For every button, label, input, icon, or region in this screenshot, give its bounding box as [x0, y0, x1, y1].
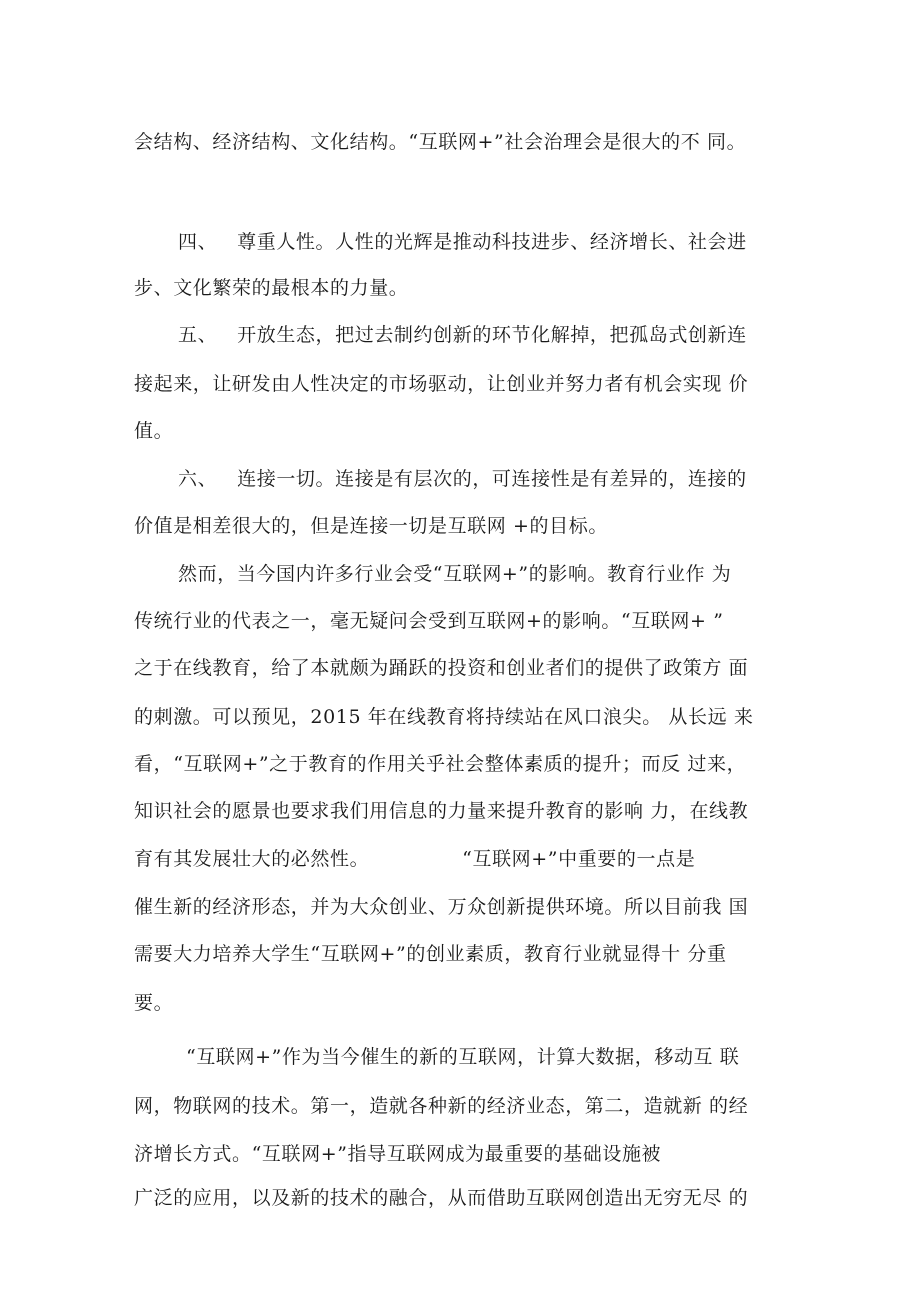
text-line: 之于在线教育，给了本就颇为踊跃的投资和创业者们的提供了政策方 面	[134, 656, 748, 680]
text-line: 价值是相差很大的，但是连接一切是互联网 +的目标。	[134, 514, 608, 538]
document-page: 会结构、经济结构、文化结构。“互联网+”社会治理会是很大的不 同。 四、 尊重人…	[0, 0, 920, 1303]
text-line: 济增长方式。“互联网+”指导互联网成为最重要的基础设施被	[134, 1142, 661, 1166]
text-line: 会结构、经济结构、文化结构。“互联网+”社会治理会是很大的不 同。	[134, 130, 746, 154]
text-line: 值。	[134, 419, 173, 443]
text-line: 催生新的经济形态，并为大众创业、万众创新提供环境。所以目前我 国	[134, 895, 748, 919]
text-line: 四、 尊重人性。人性的光辉是推动科技进步、经济增长、社会进	[178, 230, 747, 254]
text-line: 的刺激。可以预见，2015 年在线教育将持续站在风口浪尖。 从长远 来	[134, 705, 753, 729]
text-line: 五、 开放生态，把过去制约创新的环节化解掉，把孤岛式创新连	[178, 323, 747, 347]
text-line: “互联网+”作为当今催生的新的互联网，计算大数据，移动互 联	[186, 1045, 739, 1069]
text-line: 要。	[134, 991, 173, 1015]
text-line: 需要大力培养大学生“互联网+”的创业素质，教育行业就显得十 分重	[134, 942, 727, 966]
text-line: 传统行业的代表之一，毫无疑问会受到互联网+的影响。“互联网+ ”	[134, 609, 724, 633]
text-line: 然而，当今国内许多行业会受“互联网+”的影响。教育行业作 为	[178, 562, 731, 586]
text-line: 广泛的应用，以及新的技术的融合，从而借助互联网创造出无穷无尽 的	[134, 1186, 748, 1210]
text-line: 步、文化繁荣的最根本的力量。	[134, 276, 408, 300]
text-line: 网，物联网的技术。第一，造就各种新的经济业态，第二，造就新 的经	[134, 1094, 748, 1118]
text-line: 育有其发展壮大的必然性。 “互联网+”中重要的一点是	[134, 847, 695, 871]
text-line: 知识社会的愿景也要求我们用信息的力量来提升教育的影响 力，在线教	[134, 799, 748, 823]
text-line: 接起来，让研发由人性决定的市场驱动，让创业并努力者有机会实现 价	[134, 372, 748, 396]
text-line: 看，“互联网+”之于教育的作用关乎社会整体素质的提升；而反 过来，	[134, 752, 746, 776]
text-line: 六、 连接一切。连接是有层次的，可连接性是有差异的，连接的	[178, 467, 747, 491]
